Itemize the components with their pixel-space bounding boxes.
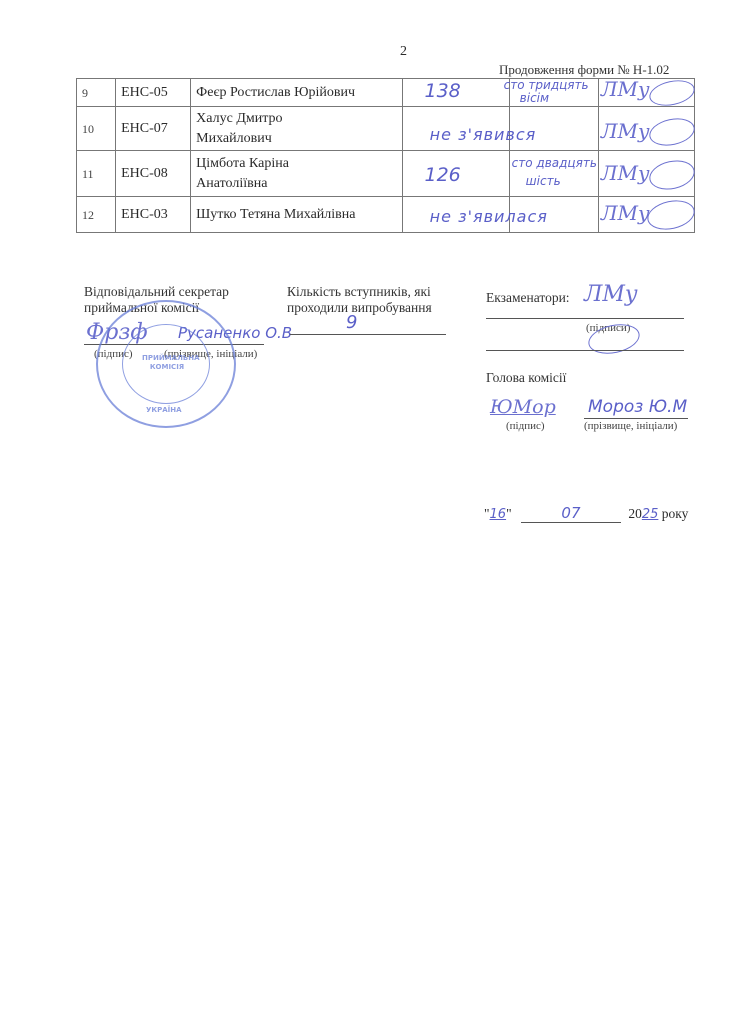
signature-icon: ЛМу (601, 121, 650, 141)
table-row: 10 ЕНС-07 Халус Дмитро Михайлович не з'я… (77, 107, 695, 151)
chair-name-caption: (прізвище, ініціали) (584, 420, 677, 432)
signature-icon (644, 196, 697, 233)
participants-count-line (290, 334, 446, 335)
signature-icon (647, 76, 697, 109)
examiners-label: Екзаменатори: (486, 290, 570, 306)
applicant-code: ЕНС-03 (116, 197, 191, 233)
examiner-signatures: ЛМу (598, 107, 694, 151)
score-words: сто тридцять вісім (509, 79, 598, 107)
applicant-name: Халус Дмитро Михайлович (191, 107, 402, 151)
table-row: 12 ЕНС-03 Шутко Тетяна Михайлівна не з'я… (77, 197, 695, 233)
table-row: 9 ЕНС-05 Феєр Ростислав Юрійович 138 сто… (77, 79, 695, 107)
applicant-code: ЕНС-07 (116, 107, 191, 151)
examiner-signatures: ЛМу (598, 197, 694, 233)
page-number: 2 (400, 44, 407, 60)
examiner-signature-line-2 (486, 350, 684, 351)
score-digits: 126 (402, 151, 509, 197)
applicant-name: Феєр Ростислав Юрійович (191, 79, 402, 107)
examiner-signature-line (486, 318, 684, 319)
examiner-signature-icon: ЛМу (584, 282, 638, 307)
applicant-code: ЕНС-05 (116, 79, 191, 107)
participants-count: 9 (346, 312, 357, 333)
chair-signature-caption: (підпис) (506, 420, 545, 432)
examiner-signatures: ЛМу (598, 151, 694, 197)
score-words: сто двадцять шість (509, 151, 598, 197)
date-field: "16" 07 2025 року (484, 504, 688, 523)
chair-signature-icon: ЮМор (490, 396, 556, 418)
signature-icon: ЛМу (601, 79, 650, 99)
applicant-name: Цімбота Каріна Анатоліївна (191, 151, 402, 197)
applicant-code: ЕНС-08 (116, 151, 191, 197)
row-number: 10 (77, 107, 116, 151)
chair-label: Голова комісії (486, 370, 566, 386)
score-digits: 138 (402, 79, 509, 107)
row-number: 12 (77, 197, 116, 233)
chair-name-line (584, 418, 688, 419)
applicant-name: Шутко Тетяна Михайлівна (191, 197, 402, 233)
participants-label: Кількість вступників, які проходили випр… (287, 284, 432, 316)
score-words: не з'явилася (509, 197, 598, 233)
row-number: 9 (77, 79, 116, 107)
row-number: 11 (77, 151, 116, 197)
official-stamp: ПРИЙМАЛЬНА КОМІСІЯ УКРАЇНА (96, 300, 236, 428)
examiner-signatures: ЛМу (598, 79, 694, 107)
chair-handwritten-name: Мороз Ю.М (588, 397, 687, 417)
signature-icon (646, 157, 697, 194)
results-table: 9 ЕНС-05 Феєр Ростислав Юрійович 138 сто… (76, 78, 695, 233)
signature-icon (647, 115, 697, 150)
signature-icon: ЛМу (601, 163, 650, 183)
signature-icon: ЛМу (601, 203, 650, 223)
score-words: не з'явився (509, 107, 598, 151)
table-row: 11 ЕНС-08 Цімбота Каріна Анатоліївна 126… (77, 151, 695, 197)
